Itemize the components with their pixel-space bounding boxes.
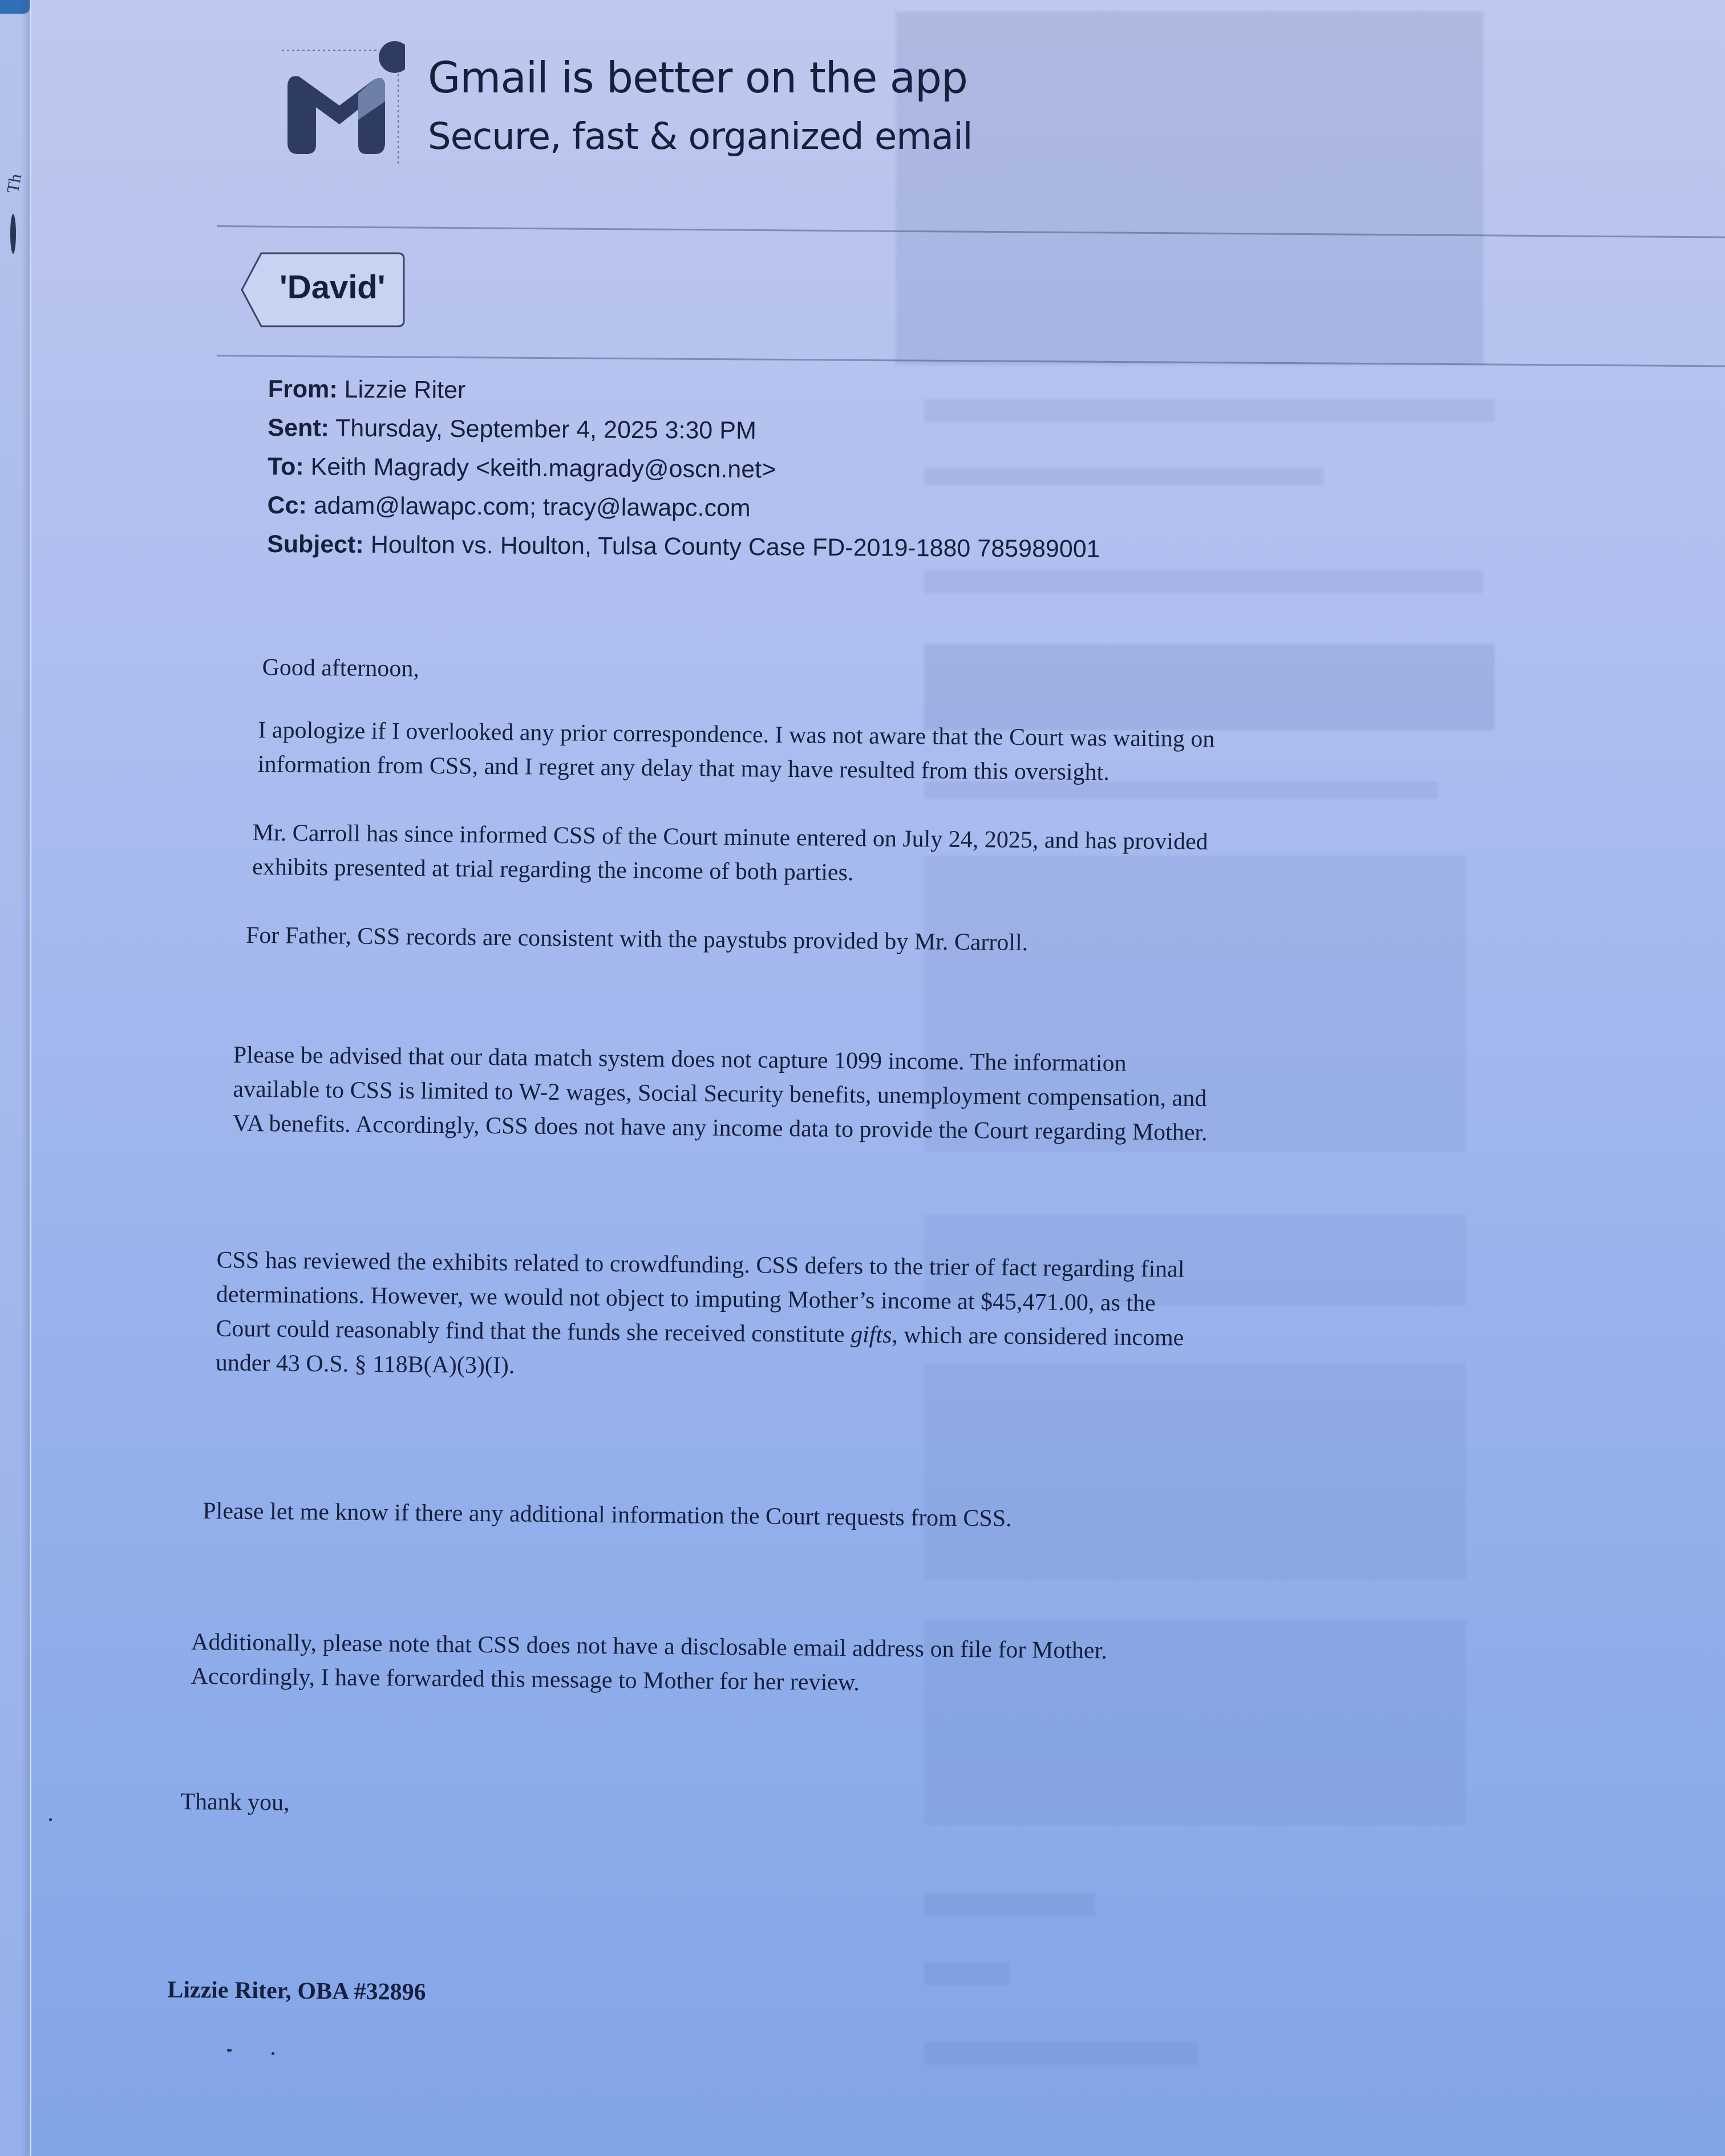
header-label: Sent:: [268, 414, 329, 442]
header-label: Subject:: [267, 530, 364, 558]
email-headers: From: Lizzie Riter Sent: Thursday, Septe…: [267, 370, 1102, 569]
back-to-david-button[interactable]: 'David': [238, 246, 410, 331]
print-speck: [49, 1818, 52, 1821]
crowdfunding-italic-term: gifts: [851, 1322, 892, 1348]
underlying-page-mark: [10, 214, 16, 254]
gmail-m-logo-icon: [274, 34, 405, 165]
gmail-app-promo-banner[interactable]: Gmail is better on the app Secure, fast …: [274, 34, 972, 165]
print-speck: [227, 2049, 232, 2052]
bleed-through-shadow: [924, 570, 1483, 593]
underlying-page-text-fragment: Th: [3, 172, 26, 194]
header-subject: Subject: Houlton vs. Houlton, Tulsa Coun…: [267, 525, 1100, 569]
header-label: From:: [268, 375, 338, 403]
header-to: To: Keith Magrady <keith.magrady@oscn.ne…: [268, 447, 1101, 491]
paragraph-apology: I apologize if I overlooked any prior co…: [258, 713, 1297, 791]
print-speck: [272, 2052, 274, 2055]
recipient: Keith Magrady <keith.magrady@oscn.net>: [303, 453, 776, 483]
promo-subtitle: Secure, fast & organized email: [428, 119, 972, 155]
paragraph-mother-email: Additionally, please note that CSS does …: [191, 1625, 1229, 1703]
back-chip-label: 'David': [280, 268, 386, 306]
sender-name: Lizzie Riter: [337, 376, 465, 404]
cc-recipients: adam@lawapc.com; tracy@lawapc.com: [307, 492, 751, 522]
promo-title: Gmail is better on the app: [428, 57, 972, 99]
bleed-through-shadow: [924, 1363, 1466, 1580]
paragraph-crowdfunding: CSS has reviewed the exhibits related to…: [216, 1243, 1255, 1389]
header-label: To:: [268, 453, 304, 480]
bleed-through-shadow: [924, 2042, 1198, 2065]
sent-datetime: Thursday, September 4, 2025 3:30 PM: [329, 415, 756, 445]
paragraph-court-minute: Mr. Carroll has since informed CSS of th…: [252, 816, 1291, 894]
header-cc: Cc: adam@lawapc.com; tracy@lawapc.com: [267, 486, 1100, 530]
binder-clip-corner: [0, 0, 30, 14]
header-label: Cc:: [267, 492, 307, 519]
header-from: From: Lizzie Riter: [268, 370, 1102, 414]
paragraph-data-match: Please be advised that our data match sy…: [233, 1038, 1272, 1150]
bleed-through-shadow: [896, 11, 1483, 365]
bleed-through-shadow: [924, 1894, 1095, 1916]
header-sent: Sent: Thursday, September 4, 2025 3:30 P…: [268, 408, 1101, 452]
email-subject: Houlton vs. Houlton, Tulsa County Case F…: [364, 531, 1100, 563]
